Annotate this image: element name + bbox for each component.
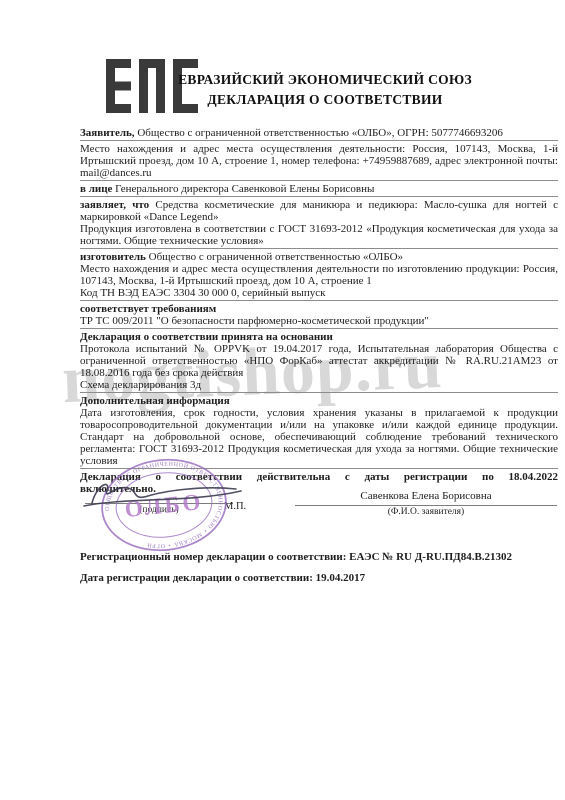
manufacturer-line: изготовитель Общество с ограниченной отв… [80, 251, 558, 263]
applicant-value: Общество с ограниченной ответственностью… [137, 127, 503, 139]
registration-date-line: Дата регистрации декларации о соответств… [80, 572, 558, 584]
basis-text: Протокола испытаний № OPPVK от 19.04.201… [80, 343, 558, 379]
doc-title: ДЕКЛАРАЦИЯ О СООТВЕТСТВИИ [178, 90, 472, 110]
handwritten-signature [78, 472, 248, 519]
additional-label: Дополнительная информация [80, 395, 558, 407]
declares-gost: Продукция изготовлена в соответствии с Г… [80, 223, 558, 247]
section-manufacturer: изготовитель Общество с ограниченной отв… [80, 251, 558, 301]
declares-value: Средства косметические для маникюра и пе… [80, 199, 558, 223]
manufacturer-code: Код ТН ВЭД ЕАЭС 3304 30 000 0, серийный … [80, 287, 558, 299]
document-body: Заявитель, Общество с ограниченной ответ… [80, 127, 558, 498]
document-header: ЕВРАЗИЙСКИЙ ЭКОНОМИЧЕСКИЙ СОЮЗ ДЕКЛАРАЦИ… [178, 70, 472, 110]
declares-line: заявляет, что Средства косметические для… [80, 199, 558, 223]
in-person-line: в лице Генерального директора Савенковой… [80, 183, 558, 195]
basis-scheme: Схема декларирования 3д [80, 379, 558, 391]
section-declares: заявляет, что Средства косметические для… [80, 199, 558, 249]
applicant-fio: Савенкова Елена Борисовна [295, 490, 557, 502]
section-applicant: Заявитель, Общество с ограниченной ответ… [80, 127, 558, 141]
union-title: ЕВРАЗИЙСКИЙ ЭКОНОМИЧЕСКИЙ СОЮЗ [178, 70, 472, 90]
section-compliance: соответствует требованиям ТР ТС 009/2011… [80, 303, 558, 329]
applicant-line: Заявитель, Общество с ограниченной ответ… [80, 127, 558, 139]
manufacturer-label: изготовитель [80, 251, 146, 263]
fio-line [295, 505, 557, 506]
section-in-person: в лице Генерального директора Савенковой… [80, 183, 558, 197]
applicant-label: Заявитель, [80, 127, 135, 139]
compliance-value: ТР ТС 009/2011 "О безопасности парфюмерн… [80, 315, 558, 327]
fio-caption: (Ф.И.О. заявителя) [295, 507, 557, 517]
in-person-value: Генерального директора Савенковой Елены … [115, 183, 374, 195]
manufacturer-value: Общество с ограниченной ответственностью… [149, 251, 403, 263]
manufacturer-address: Место нахождения и адрес места осуществл… [80, 263, 558, 287]
section-applicant-address: Место нахождения и адрес места осуществл… [80, 143, 558, 181]
basis-label: Декларация о соответствии принята на осн… [80, 331, 558, 343]
section-basis: Декларация о соответствии принята на осн… [80, 331, 558, 393]
declares-label: заявляет, что [80, 199, 149, 211]
in-person-label: в лице [80, 183, 112, 195]
compliance-label: соответствует требованиям [80, 303, 558, 315]
declaration-document: nogtishop.ru ЕВРАЗИЙСКИЙ ЭКОНОМИЧЕСКИЙ С… [0, 0, 565, 800]
applicant-address: Место нахождения и адрес места осуществл… [80, 143, 558, 179]
